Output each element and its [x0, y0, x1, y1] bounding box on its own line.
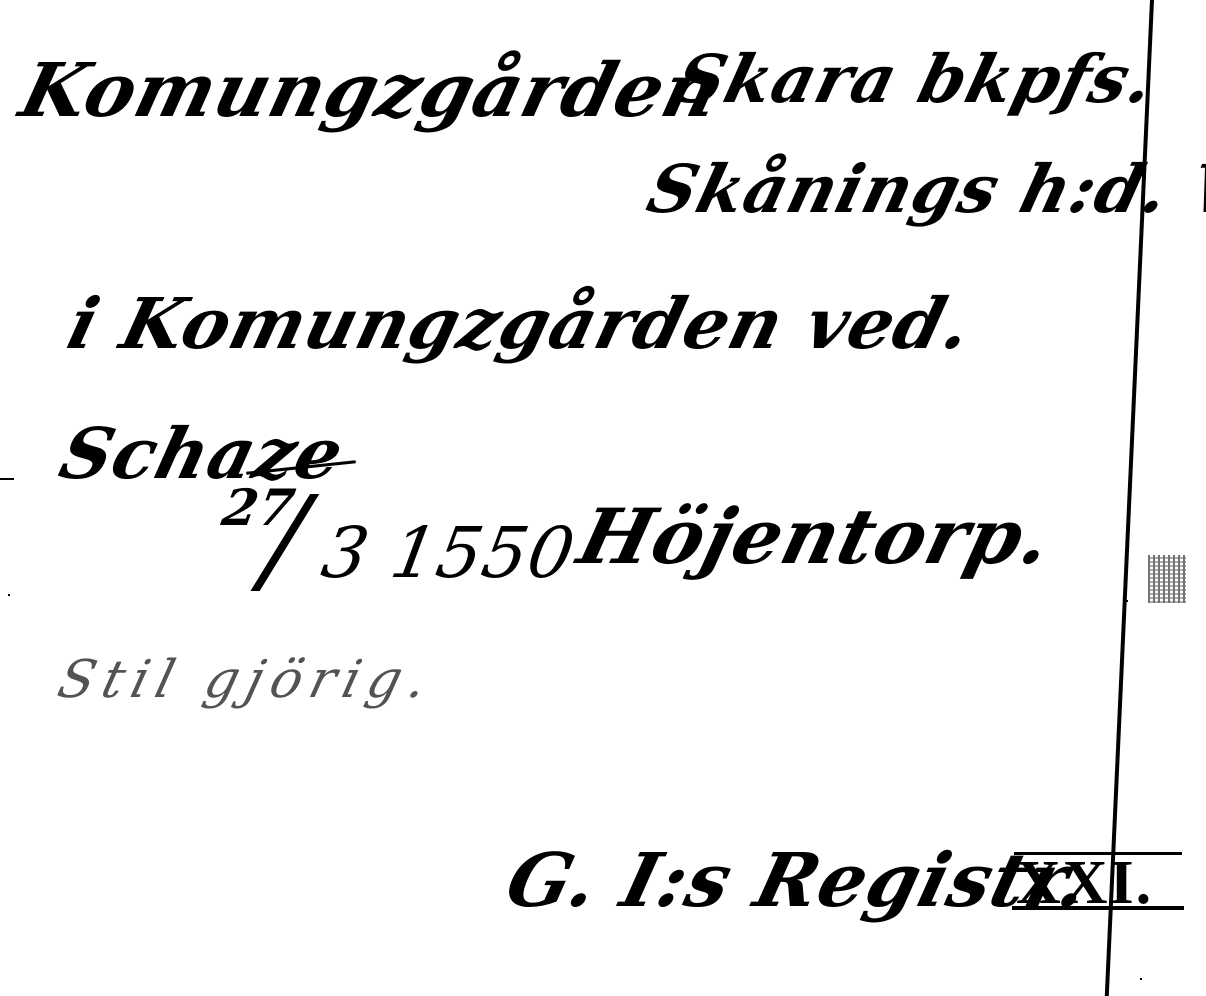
roman-numeral-underline	[1012, 906, 1184, 910]
reference-source: G. I:s Registr.	[498, 838, 1098, 924]
title-owner: Skara bkpfs.	[668, 40, 1163, 118]
location-line: i Komungzgården ved.	[60, 282, 981, 365]
district-line: Skånings h:d. Vg.	[640, 150, 1206, 228]
date-month: 3	[316, 512, 376, 594]
pencil-note: Stil gjörig.	[52, 650, 441, 710]
title-place-name: Komungzgården	[12, 48, 729, 134]
speck	[8, 594, 10, 596]
speck	[1126, 600, 1128, 602]
index-card: Komungzgården Skara bkpfs. Skånings h:d.…	[0, 0, 1206, 996]
speck	[1140, 978, 1142, 980]
date-year: 1550	[385, 512, 582, 594]
date-place: Höjentorp.	[570, 492, 1061, 581]
date-month-year: 3 1550	[316, 512, 581, 594]
edge-mark	[0, 478, 14, 480]
scan-smudge	[1148, 555, 1186, 603]
